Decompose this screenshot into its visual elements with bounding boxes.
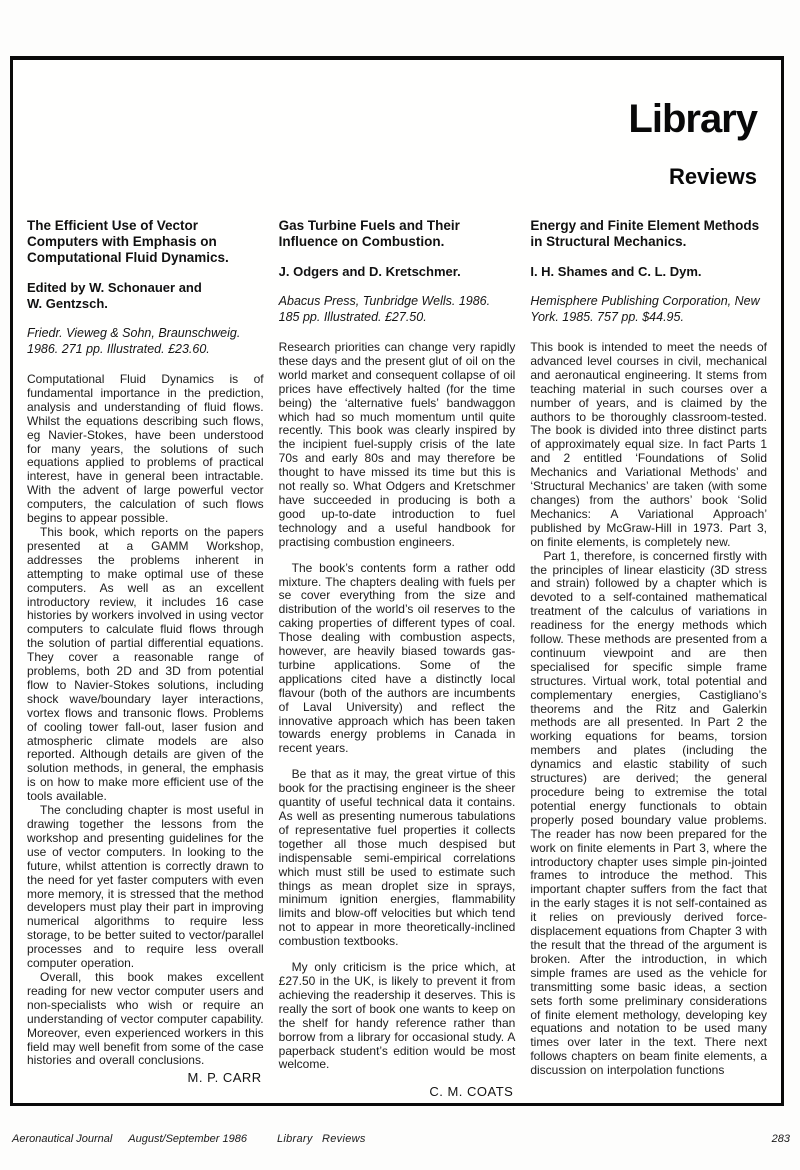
- reviewer-signature: C. M. COATS: [279, 1084, 514, 1099]
- review-imprint: Abacus Press, Tunbridge Wells. 1986. 185…: [279, 294, 516, 325]
- review-paragraph: The book’s contents form a rather odd mi…: [279, 562, 516, 757]
- reviewer-signature: M. P. CARR: [27, 1070, 262, 1085]
- review-column-gas-turbine-fuels: Gas Turbine Fuels and Their Influence on…: [279, 218, 516, 1099]
- review-paragraph: Part 1, therefore, is concerned firstly …: [530, 550, 767, 1078]
- review-paragraph: Research priorities can change very rapi…: [279, 341, 516, 550]
- review-title: Energy and Finite Element Methods in Str…: [530, 218, 767, 250]
- review-authors: Edited by W. Schonauer and W. Gentzsch.: [27, 280, 264, 312]
- review-paragraph: My only criticism is the price which, at…: [279, 961, 516, 1072]
- page-border-frame: Library Reviews The Efficient Use of Vec…: [10, 56, 784, 1106]
- review-paragraph: This book is intended to meet the needs …: [530, 341, 767, 550]
- review-imprint: Friedr. Vieweg & Sohn, Braunschweig. 198…: [27, 326, 264, 357]
- review-authors: J. Odgers and D. Kretschmer.: [279, 264, 516, 280]
- review-paragraph: Overall, this book makes excellent readi…: [27, 971, 264, 1068]
- review-paragraph: The concluding chapter is most useful in…: [27, 804, 264, 971]
- footer-journal-name: Aeronautical Journal: [12, 1133, 112, 1145]
- page-title: Library: [13, 98, 757, 140]
- review-paragraph: Be that as it may, the great virtue of t…: [279, 768, 516, 949]
- page-footer: Aeronautical Journal August/September 19…: [12, 1133, 790, 1145]
- footer-issue: August/September 1986: [128, 1133, 247, 1145]
- footer-page-number: 283: [772, 1133, 790, 1145]
- review-columns: The Efficient Use of Vector Computers wi…: [13, 214, 781, 1099]
- review-title: Gas Turbine Fuels and Their Influence on…: [279, 218, 516, 250]
- review-title: The Efficient Use of Vector Computers wi…: [27, 218, 264, 266]
- review-paragraph: This book, which reports on the papers p…: [27, 526, 264, 804]
- page-header: Library Reviews: [13, 60, 781, 214]
- review-paragraph: Computational Fluid Dynamics is of funda…: [27, 373, 264, 526]
- review-column-finite-element-methods: Energy and Finite Element Methods in Str…: [530, 218, 767, 1099]
- footer-section: Library Reviews: [277, 1133, 366, 1145]
- review-imprint: Hemisphere Publishing Corporation, New Y…: [530, 294, 767, 325]
- page-subtitle: Reviews: [13, 164, 757, 190]
- journal-page: Library Reviews The Efficient Use of Vec…: [0, 0, 800, 1170]
- review-authors: I. H. Shames and C. L. Dym.: [530, 264, 767, 280]
- review-column-vector-computers: The Efficient Use of Vector Computers wi…: [27, 218, 264, 1099]
